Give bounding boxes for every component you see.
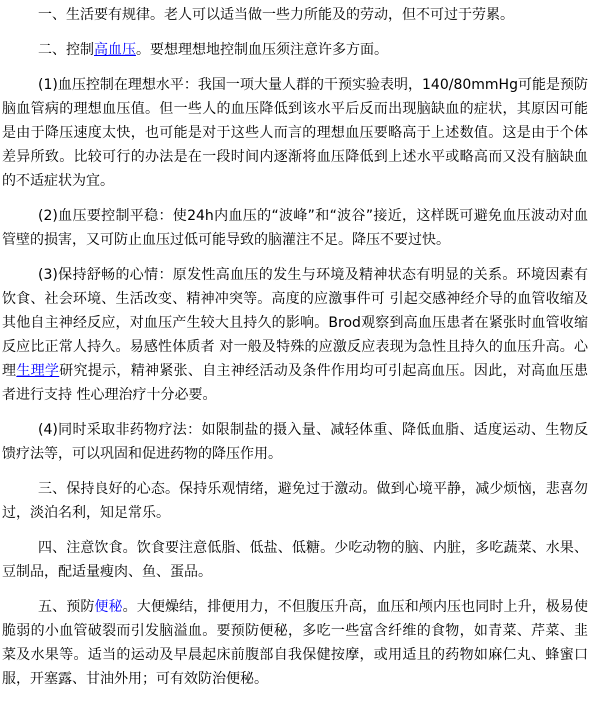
para-8-diet: 四、注意饮食。饮食要注意低脂、低盐、低糖。少吃动物的脑、内脏，多吃蔬菜、水果、豆… xyxy=(2,536,588,584)
para-3-ideal-blood-pressure: (1)血压控制在理想水平：我国一项大量人群的干预实验表明，140/80mmHg可… xyxy=(2,73,588,193)
para-6-non-drug-therapy: (4)同时采取非药物疗法：如限制盐的摄入量、减轻体重、降低血脂、适度运动、生物反… xyxy=(2,418,588,466)
para-2-control-hypertension: 二、控制高血压。要想理想地控制血压须注意许多方面。 xyxy=(2,38,588,62)
text-run: (2)血压要控制平稳：使24h内血压的“波峰”和“波谷”接近，这样既可避免血压波… xyxy=(2,208,588,248)
text-run: 。要想理想地控制血压须注意许多方面。 xyxy=(136,42,388,58)
para-4-stable-blood-pressure: (2)血压要控制平稳：使24h内血压的“波峰”和“波谷”接近，这样既可避免血压波… xyxy=(2,204,588,252)
para-5-keep-good-mood: (3)保持舒畅的心情：原发性高血压的发生与环境及精神状态有明显的关系。环境因素有… xyxy=(2,263,588,407)
text-run: 三、保持良好的心态。保持乐观情绪，避免过于激动。做到心境平静，减少烦恼，悲喜勿过… xyxy=(2,481,588,521)
physiology-link[interactable]: 生理学 xyxy=(16,363,59,379)
text-run: 一、生活要有规律。老人可以适当做一些力所能及的劳动，但不可过于劳累。 xyxy=(38,7,514,23)
hypertension-link[interactable]: 高血压 xyxy=(94,42,136,58)
text-run: (4)同时采取非药物疗法：如限制盐的摄入量、减轻体重、降低血脂、适度运动、生物反… xyxy=(2,422,588,462)
constipation-link[interactable]: 便秘 xyxy=(94,599,122,615)
para-1-regular-life: 一、生活要有规律。老人可以适当做一些力所能及的劳动，但不可过于劳累。 xyxy=(2,3,588,27)
text-run: 四、注意饮食。饮食要注意低脂、低盐、低糖。少吃动物的脑、内脏，多吃蔬菜、水果、豆… xyxy=(2,540,588,580)
text-run: 二、控制 xyxy=(38,42,94,58)
text-run: (1)血压控制在理想水平：我国一项大量人群的干预实验表明，140/80mmHg可… xyxy=(2,77,588,189)
article-body: 一、生活要有规律。老人可以适当做一些力所能及的劳动，但不可过于劳累。二、控制高血… xyxy=(0,0,590,710)
para-7-good-mentality: 三、保持良好的心态。保持乐观情绪，避免过于激动。做到心境平静，减少烦恼，悲喜勿过… xyxy=(2,477,588,525)
text-run: 研究提示，精神紧张、自主神经活动及条件作用均可引起高血压。因此，对高血压患者进行… xyxy=(2,363,588,403)
text-run: 五、预防 xyxy=(38,599,94,615)
